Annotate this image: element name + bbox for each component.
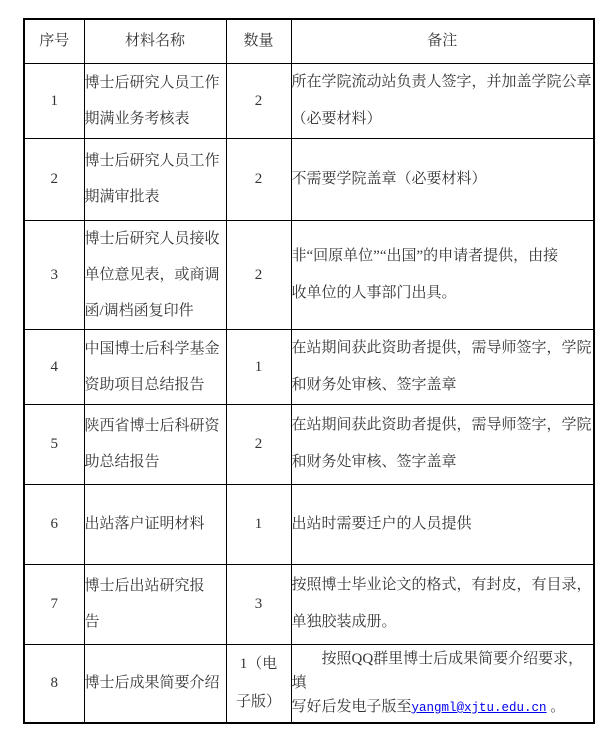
materials-table: 序号 材料名称 数量 备注 1 博士后研究人员工作 期满业务考核表 2 所在学院…	[23, 18, 595, 724]
cell-note: 非“回原单位”“出国”的申请者提供，由接 收单位的人事部门出具。	[291, 220, 594, 329]
table-row: 4 中国博士后科学基金 资助项目总结报告 1 在站期间获此资助者提供，需导师签字…	[24, 329, 594, 404]
cell-name: 博士后研究人员工作 期满业务考核表	[84, 63, 226, 138]
table-row: 5 陕西省博士后科研资 助总结报告 2 在站期间获此资助者提供，需导师签字，学院…	[24, 404, 594, 484]
cell-no: 1	[24, 63, 84, 138]
table-row: 3 博士后研究人员接收 单位意见表，或商调 函/调档函复印件 2 非“回原单位”…	[24, 220, 594, 329]
column-header-name: 材料名称	[84, 19, 226, 63]
cell-no: 4	[24, 329, 84, 404]
cell-qty: 2	[226, 63, 291, 138]
table-row: 6 出站落户证明材料 1 出站时需要迁户的人员提供	[24, 484, 594, 564]
cell-note: 出站时需要迁户的人员提供	[291, 484, 594, 564]
cell-note: 按照博士毕业论文的格式，有封皮，有目录， 单独胶装成册。	[291, 564, 594, 644]
cell-name: 博士后研究人员接收 单位意见表，或商调 函/调档函复印件	[84, 220, 226, 329]
cell-no: 7	[24, 564, 84, 644]
cell-no: 2	[24, 138, 84, 220]
table-row: 8 博士后成果简要介绍 1（电 子版） 按照QQ群里博士后成果简要介绍要求，填 …	[24, 644, 594, 723]
cell-no: 8	[24, 644, 84, 723]
column-header-note: 备注	[291, 19, 594, 63]
cell-note: 在站期间获此资助者提供，需导师签字，学院 和财务处审核、签字盖章	[291, 329, 594, 404]
cell-qty: 2	[226, 404, 291, 484]
cell-qty: 3	[226, 564, 291, 644]
column-header-qty: 数量	[226, 19, 291, 63]
cell-qty: 1（电 子版）	[226, 644, 291, 723]
cell-qty: 2	[226, 220, 291, 329]
email-link[interactable]: yangml@xjtu.edu.cn	[412, 701, 547, 715]
cell-name: 博士后出站研究报 告	[84, 564, 226, 644]
table-row: 2 博士后研究人员工作 期满审批表 2 不需要学院盖章（必要材料）	[24, 138, 594, 220]
cell-name: 中国博士后科学基金 资助项目总结报告	[84, 329, 226, 404]
cell-no: 5	[24, 404, 84, 484]
table-row: 7 博士后出站研究报 告 3 按照博士毕业论文的格式，有封皮，有目录， 单独胶装…	[24, 564, 594, 644]
cell-note: 按照QQ群里博士后成果简要介绍要求，填 写好后发电子版至yangml@xjtu.…	[291, 644, 594, 723]
cell-note: 不需要学院盖章（必要材料）	[291, 138, 594, 220]
cell-name: 博士后成果简要介绍	[84, 644, 226, 723]
cell-note: 所在学院流动站负责人签字，并加盖学院公章 （必要材料）	[291, 63, 594, 138]
cell-no: 3	[24, 220, 84, 329]
cell-name: 出站落户证明材料	[84, 484, 226, 564]
table-header-row: 序号 材料名称 数量 备注	[24, 19, 594, 63]
cell-qty: 1	[226, 329, 291, 404]
note-text-suffix: 。	[547, 699, 566, 715]
column-header-no: 序号	[24, 19, 84, 63]
cell-qty: 1	[226, 484, 291, 564]
cell-qty: 2	[226, 138, 291, 220]
cell-name: 博士后研究人员工作 期满审批表	[84, 138, 226, 220]
cell-no: 6	[24, 484, 84, 564]
table-row: 1 博士后研究人员工作 期满业务考核表 2 所在学院流动站负责人签字，并加盖学院…	[24, 63, 594, 138]
cell-note: 在站期间获此资助者提供，需导师签字，学院 和财务处审核、签字盖章	[291, 404, 594, 484]
cell-name: 陕西省博士后科研资 助总结报告	[84, 404, 226, 484]
